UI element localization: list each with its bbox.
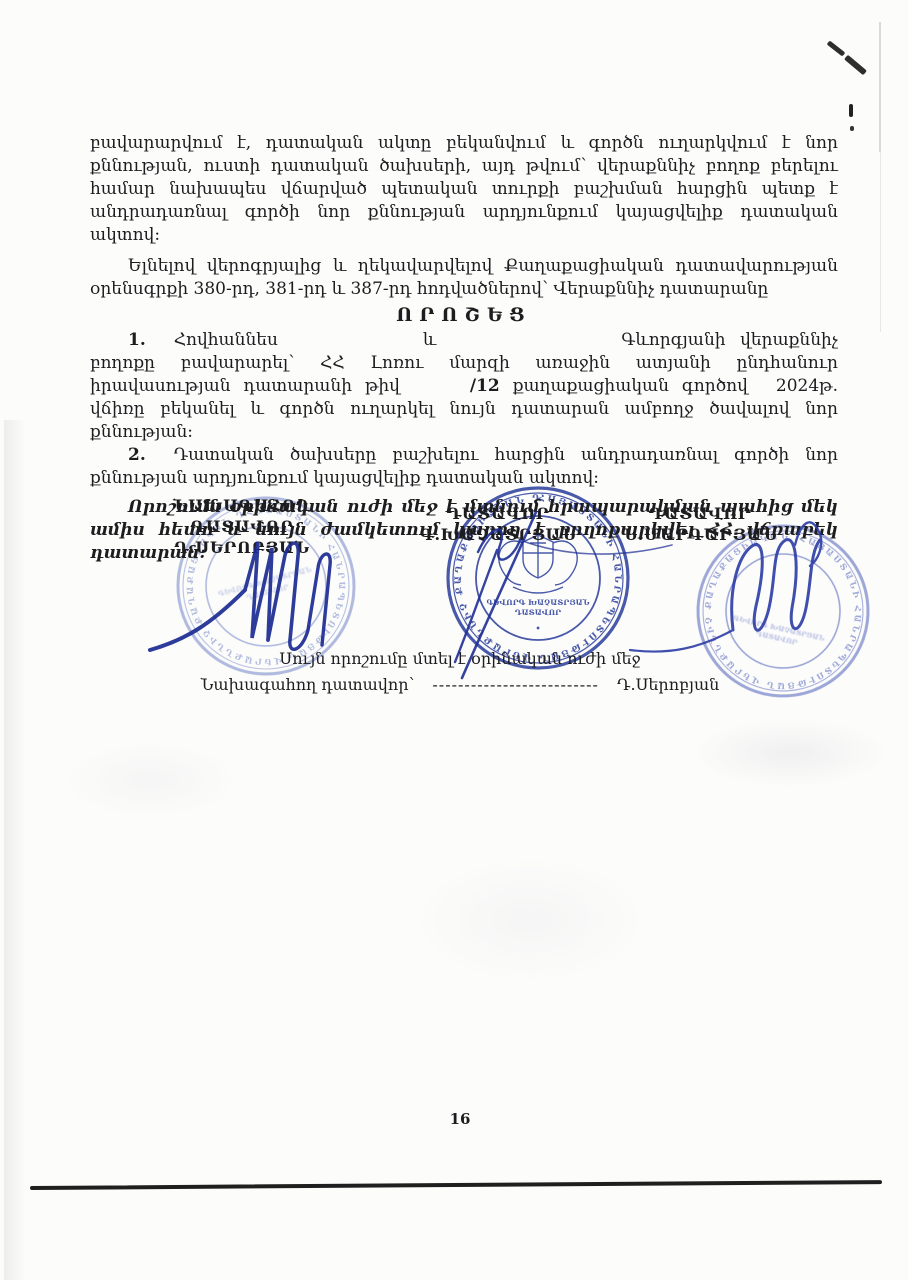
certifier-name: Դ.Սերոբյան <box>617 675 719 694</box>
signature-dash-line: -------------------------- <box>432 675 599 694</box>
party-name-1: Հովհաննես <box>174 330 278 350</box>
pen-mark <box>827 40 846 56</box>
conjunction: և <box>423 330 436 350</box>
entry-into-force-certification: Սույն որոշումը մտել է օրինական ուժի մեջ … <box>150 648 770 696</box>
signature-block-judge-3: ԴԱՏԱՎՈՐ Ն.ՄԱՐԳԱՐՅԱՆ <box>600 503 800 545</box>
judge-title: ԴԱՏԱՎՈՐ <box>600 503 800 524</box>
scan-smudge <box>690 718 890 788</box>
redacted-gap <box>748 390 776 391</box>
item1-text-c: վճիռը բեկանել և գործն ուղարկել նույն դատ… <box>90 399 838 442</box>
item-number: 1. <box>128 330 146 350</box>
redacted-gap <box>278 344 423 345</box>
redacted-gap <box>146 344 174 345</box>
scan-smudge <box>410 855 650 985</box>
signature-block-presiding-judge: ՆԱԽԱԳԱՀՈՂ ԴԱՏԱՎՈՐ Դ.ՍԵՐՈԲՅԱՆ <box>122 495 362 558</box>
scan-smudge <box>60 740 240 820</box>
scan-left-shadow <box>4 420 26 1280</box>
decision-heading: ՈՐՈՇԵՑ <box>90 304 838 327</box>
certifier-title: Նախագահող դատավոր՝ <box>201 675 415 694</box>
paragraph-legal-basis: Ելնելով վերոգրյալից և ղեկավարվելով Քաղաք… <box>90 255 838 301</box>
decision-item-1: 1.ՀովհաննեսևԳևորգյանի վերաքննիչ բողոքը բ… <box>90 329 838 444</box>
number-gap <box>146 459 174 460</box>
scanned-court-decision-page: բավարարվում է, դատական ակտը բեկանվում և … <box>0 0 908 1280</box>
judge-name: Ն.ՄԱՐԳԱՐՅԱՆ <box>600 524 800 545</box>
certification-line: Սույն որոշումը մտել է օրինական ուժի մեջ <box>150 648 770 670</box>
gap <box>414 689 432 690</box>
pen-mark <box>849 104 853 117</box>
svg-text:•: • <box>535 623 540 633</box>
redacted-gap <box>436 344 621 345</box>
item2-text: Դատական ծախսերը բաշխելու հարցին անդրադառ… <box>90 445 838 488</box>
judge-title: ԴԱՏԱՎՈՐ <box>398 503 598 524</box>
stamp-center-text: ԴԱՏԱՎՈՐ <box>515 608 561 617</box>
pen-mark <box>844 55 867 76</box>
stamp-center-text: ԳԵՎՈՐԳ ԽԱՉԱՏՐՅԱՆ <box>486 598 589 607</box>
page-bottom-edge <box>30 1180 882 1190</box>
gap <box>599 689 617 690</box>
item1-text-b: քաղաքացիական գործով <box>513 376 748 396</box>
case-number: /12 <box>470 376 500 396</box>
judge-name: Դ.ՍԵՐՈԲՅԱՆ <box>122 537 362 558</box>
page-number: 16 <box>430 1110 490 1128</box>
certification-signature-line: Նախագահող դատավոր՝----------------------… <box>150 674 770 696</box>
scan-edge-line <box>880 152 881 332</box>
redacted-gap <box>400 390 470 391</box>
signature-block-judge-2: ԴԱՏԱՎՈՐ Գ.ԽԱՉԱՏՐՅԱՆ <box>398 503 598 545</box>
pen-mark <box>850 126 854 131</box>
judge-title: ՆԱԽԱԳԱՀՈՂ ԴԱՏԱՎՈՐ <box>122 495 362 537</box>
decision-item-2: 2.Դատական ծախսերը բաշխելու հարցին անդրադ… <box>90 444 838 490</box>
item-number: 2. <box>128 445 146 465</box>
judge-name: Գ.ԽԱՉԱՏՐՅԱՆ <box>398 524 598 545</box>
decision-year: 2024թ. <box>776 376 838 396</box>
scan-edge-line <box>879 22 881 152</box>
paragraph-continuation: բավարարվում է, դատական ակտը բեկանվում և … <box>90 132 838 247</box>
